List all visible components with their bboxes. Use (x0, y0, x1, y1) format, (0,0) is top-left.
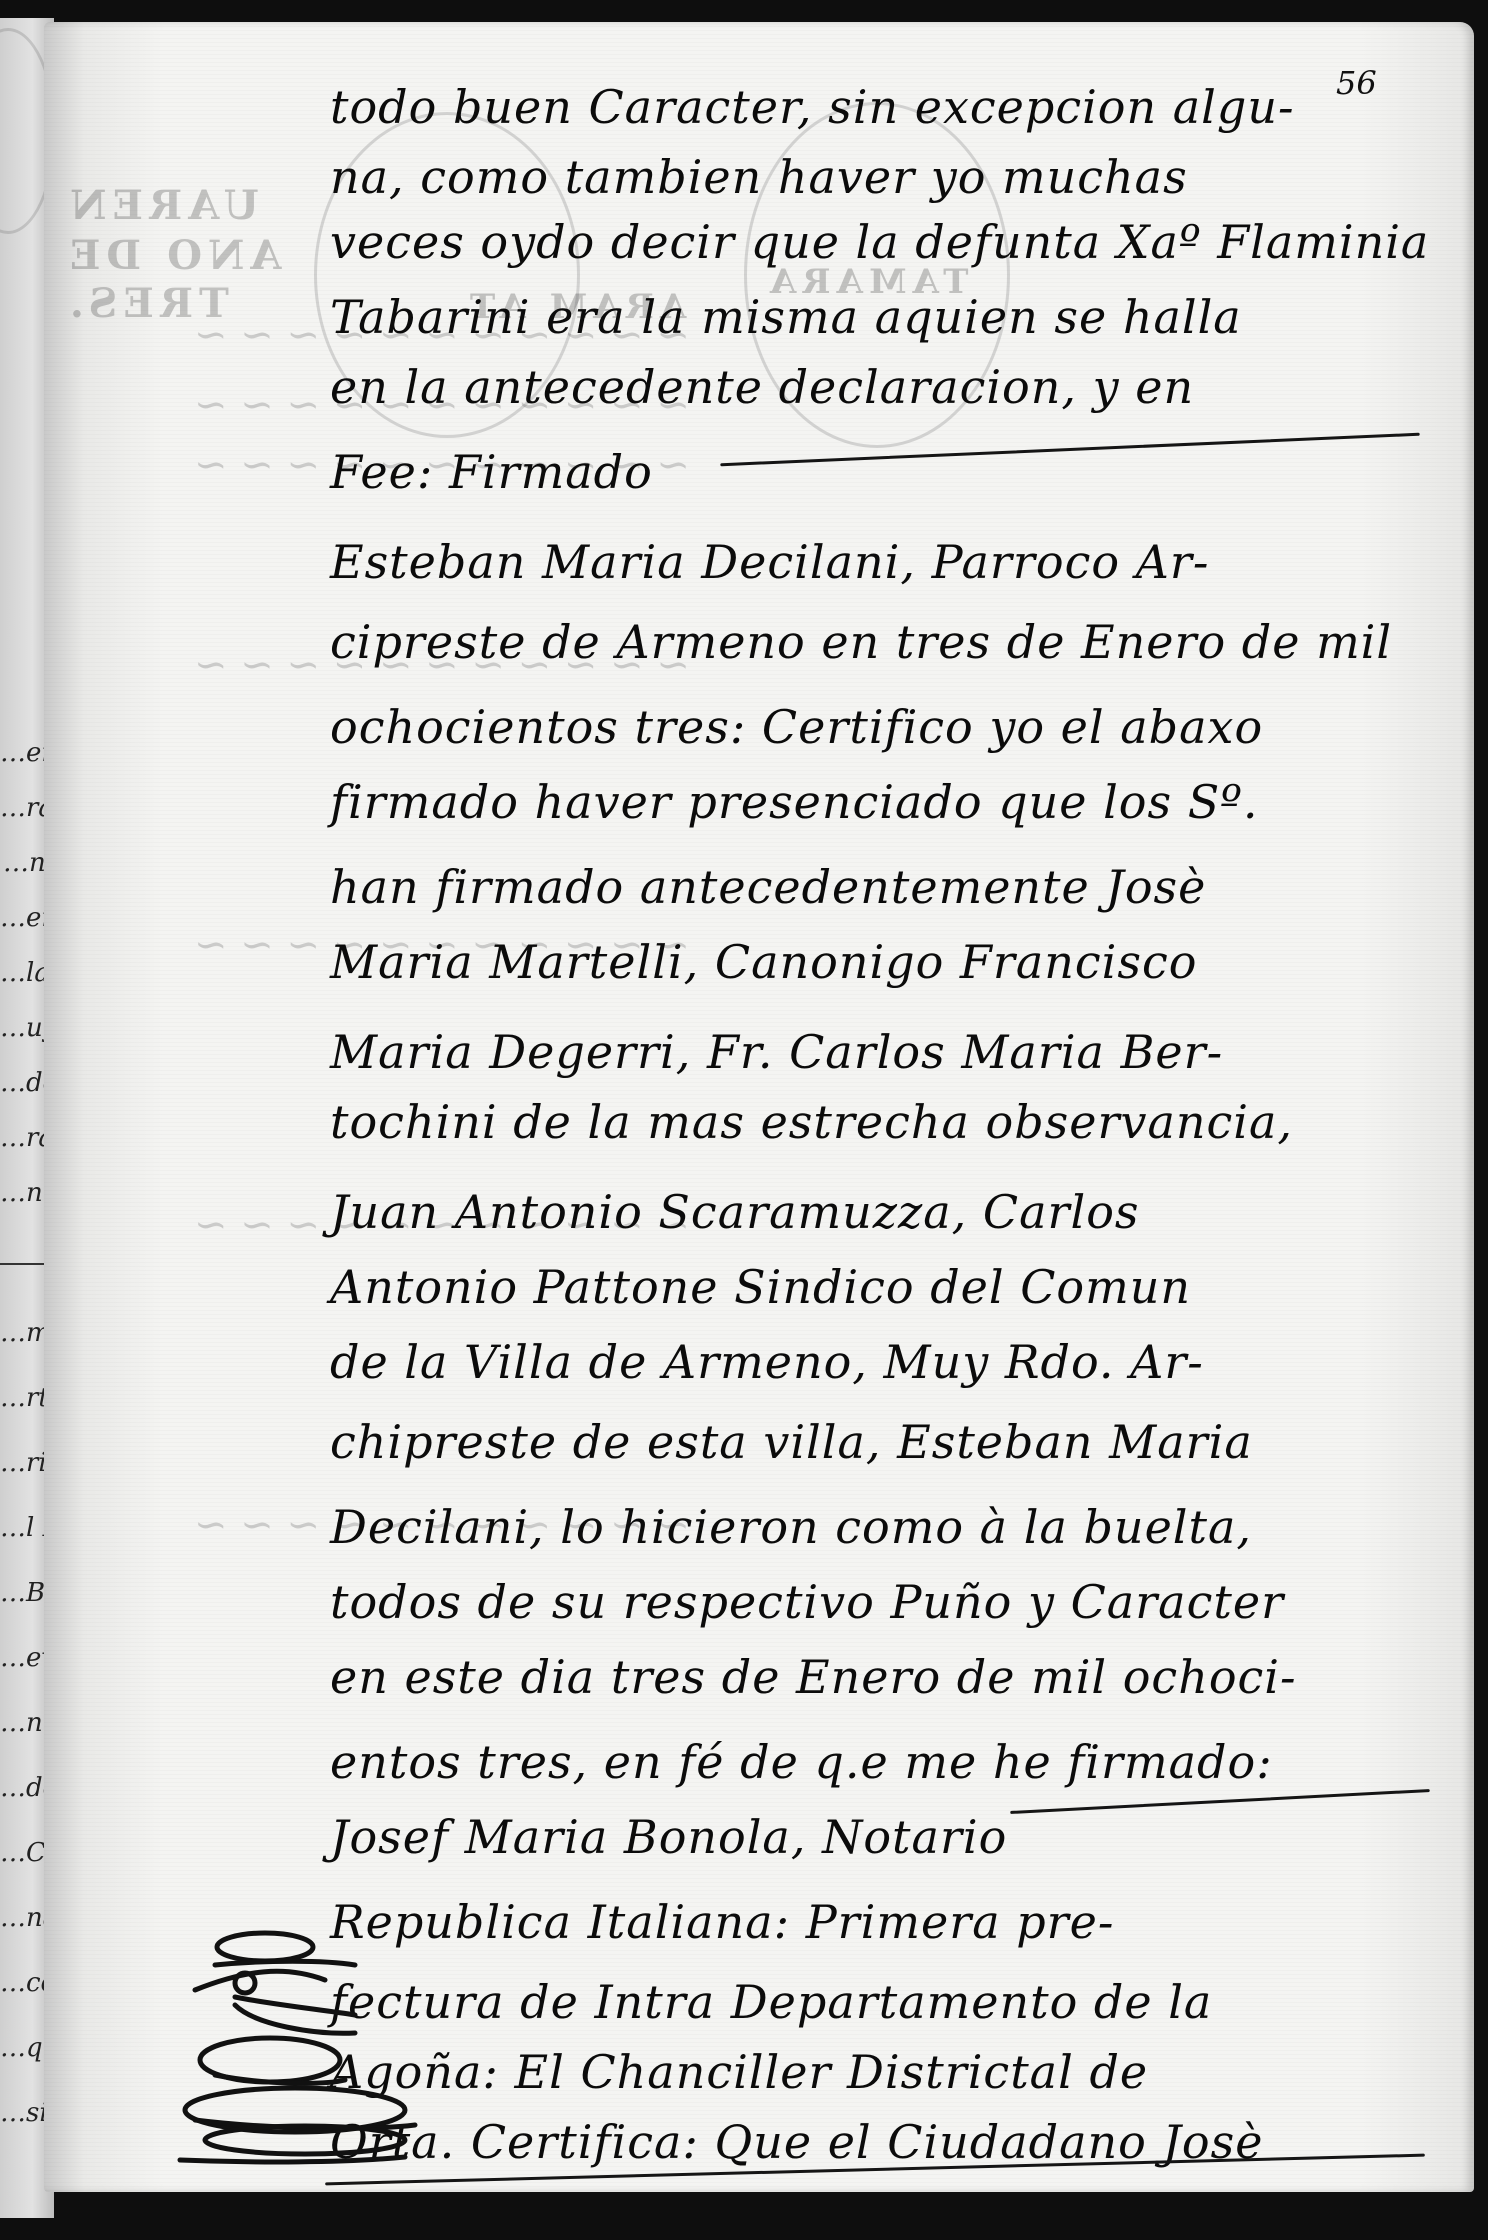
text-line-9: ochocientos tres: Certifico yo el abaxo (330, 700, 1440, 754)
text-line-6: Fee: Firmado (330, 445, 1440, 499)
text-line-24: Republica Italiana: Primera pre- (330, 1895, 1440, 1949)
text-line-12: Maria Martelli, Canonigo Francisco (330, 935, 1440, 989)
text-line-15: Juan Antonio Scaramuzza, Carlos (330, 1185, 1440, 1239)
text-line-19: Decilani, lo hicieron como à la buelta, (330, 1500, 1440, 1554)
text-line-13: Maria Degerri, Fr. Carlos Maria Ber- (330, 1025, 1440, 1079)
text-line-20: todos de su respectivo Puño y Caracter (330, 1575, 1440, 1629)
text-line-3: veces oydo decir que la defunta Xaº Flam… (330, 215, 1440, 269)
text-line-17: de la Villa de Armeno, Muy Rdo. Ar- (330, 1335, 1440, 1389)
text-line-21: en este dia tres de Enero de mil ochoci- (330, 1650, 1440, 1704)
text-line-26: Agoña: El Chanciller Districtal de (330, 2045, 1440, 2099)
notary-rubric-icon (175, 1925, 435, 2175)
text-line-22: entos tres, en fé de q.e me he firmado: (330, 1735, 1440, 1789)
text-line-14: tochini de la mas estrecha observancia, (330, 1095, 1440, 1149)
text-line-25: fectura de Intra Departamento de la (330, 1975, 1440, 2029)
text-line-2: na, como tambien haver yo muchas (330, 150, 1440, 204)
text-line-8: cipreste de Armeno en tres de Enero de m… (330, 615, 1440, 669)
text-line-16: Antonio Pattone Sindico del Comun (330, 1260, 1440, 1314)
text-line-4: Tabarini era la misma aquien se halla (330, 290, 1440, 344)
stamp-bleed-text-1: UAREN (64, 182, 259, 229)
text-line-11: han firmado antecedentemente Josè (330, 860, 1440, 914)
text-line-10: firmado haver presenciado que los Sº. (330, 775, 1440, 829)
text-line-18: chipreste de esta villa, Esteban Maria (330, 1415, 1440, 1469)
text-line-7: Esteban Maria Decilani, Parroco Ar- (330, 535, 1440, 589)
text-line-27: Orta. Certifica: Que el Ciudadano Josè (330, 2115, 1440, 2169)
text-line-1: todo buen Caracter, sin excepcion algu- (330, 80, 1440, 134)
text-line-5: en la antecedente declaracion, y en (330, 360, 1440, 414)
stamp-bleed-text-2: ANO DE (64, 232, 282, 279)
text-line-23: Josef Maria Bonola, Notario (330, 1810, 1440, 1864)
